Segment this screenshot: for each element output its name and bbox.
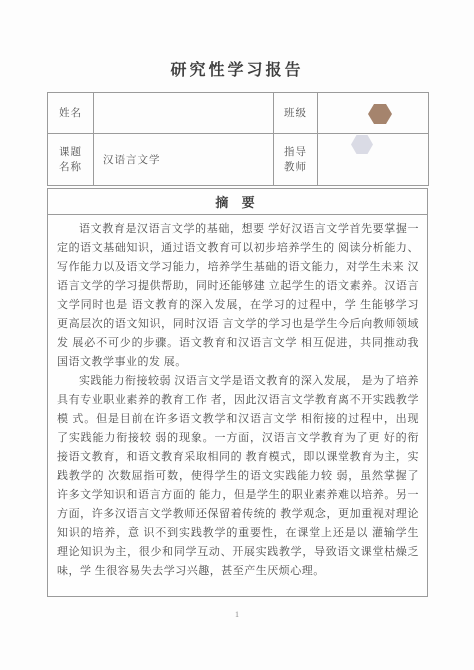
hexagon-stamp-icon [351, 135, 373, 154]
table-row: 姓名 班级 [48, 93, 429, 134]
name-value [94, 93, 274, 134]
abstract-paragraph-1: 语文教育是汉语言文学的基础，想要 学好汉语言文学首先要掌握一定的语文基础知识，通… [57, 220, 419, 372]
abstract-section: 摘 要 语文教育是汉语言文学的基础，想要 学好汉语言文学首先要掌握一定的语文基础… [47, 188, 428, 597]
class-value-cell [318, 93, 429, 134]
advisor-value-cell [318, 134, 429, 186]
page-title: 研究性学习报告 [0, 57, 474, 80]
advisor-label-line1: 指导 [284, 147, 307, 158]
info-table: 姓名 班级 课题 名称 汉语言文学 指导 教师 [47, 92, 429, 186]
topic-label-line1: 课题 [59, 147, 82, 158]
class-label: 班级 [274, 93, 318, 134]
topic-label-line2: 名称 [59, 162, 82, 173]
topic-label: 课题 名称 [48, 134, 94, 186]
abstract-body: 语文教育是汉语言文学的基础，想要 学好汉语言文学首先要掌握一定的语文基础知识，通… [48, 215, 427, 581]
topic-value: 汉语言文学 [94, 134, 274, 186]
abstract-heading: 摘 要 [48, 189, 427, 215]
hexagon-stamp-icon [368, 104, 392, 124]
report-page: 研究性学习报告 姓名 班级 课题 名称 汉语言文学 指导 教师 [0, 0, 474, 670]
table-row: 课题 名称 汉语言文学 指导 教师 [48, 134, 429, 186]
advisor-label: 指导 教师 [274, 134, 318, 186]
abstract-paragraph-2: 实践能力衔接较弱 汉语言文学是语文教育的深入发展， 是为了培养具有专业职业素养的… [57, 372, 419, 581]
page-number: 1 [0, 610, 474, 619]
advisor-label-line2: 教师 [284, 162, 307, 173]
name-label: 姓名 [48, 93, 94, 134]
